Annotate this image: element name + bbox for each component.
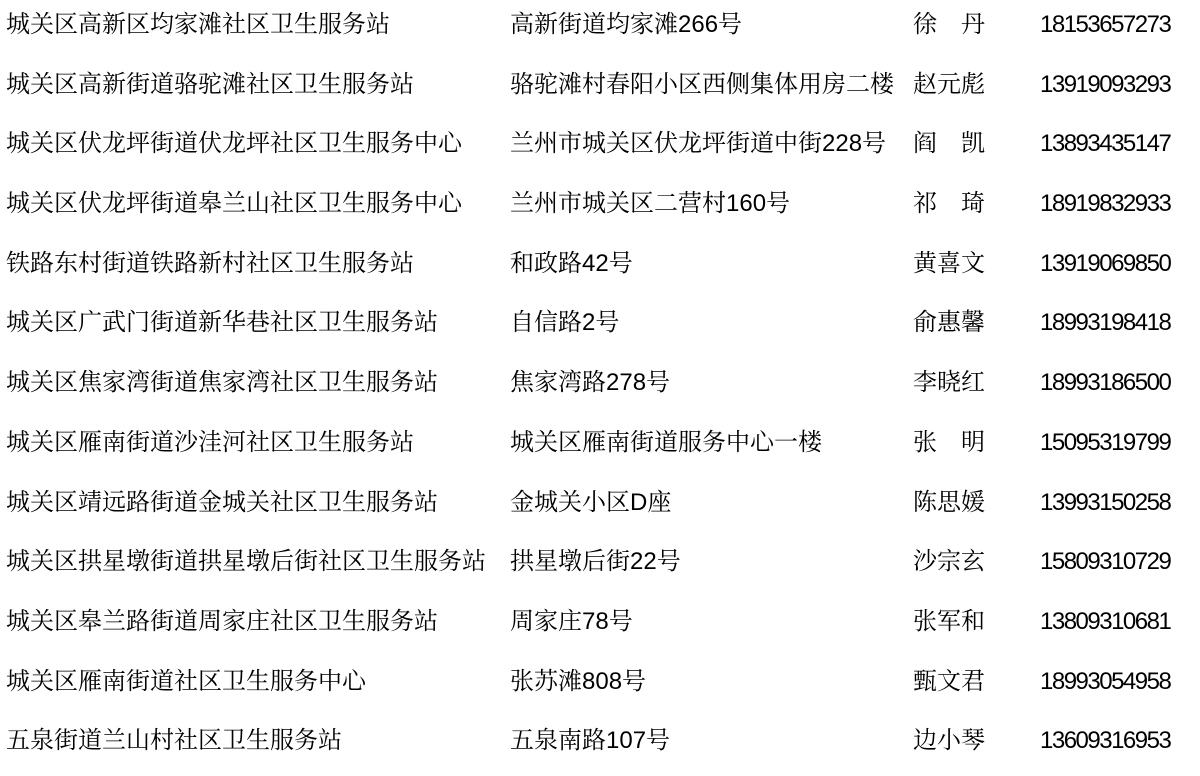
contact-name-cell: 甄文君 [913, 657, 1040, 695]
contact-name-cell: 张 明 [913, 418, 1040, 456]
address-cell: 张苏滩808号 [510, 657, 913, 695]
table-row: 城关区焦家湾街道焦家湾社区卫生服务站 焦家湾路278号 李晓红 18993186… [0, 358, 1200, 418]
facility-name-cell: 城关区伏龙坪街道皋兰山社区卫生服务中心 [6, 179, 510, 217]
facility-name-cell: 城关区焦家湾街道焦家湾社区卫生服务站 [6, 358, 510, 396]
contact-name-cell: 边小琴 [913, 716, 1040, 754]
phone-cell: 13609316953 [1040, 716, 1200, 754]
address-cell: 周家庄78号 [510, 597, 913, 635]
phone-cell: 13893435147 [1040, 119, 1200, 157]
table-row: 城关区广武门街道新华巷社区卫生服务站 自信路2号 俞惠馨 18993198418 [0, 298, 1200, 358]
table-row: 城关区雁南街道沙洼河社区卫生服务站 城关区雁南街道服务中心一楼 张 明 1509… [0, 418, 1200, 478]
address-cell: 焦家湾路278号 [510, 358, 913, 396]
table-row: 城关区靖远路街道金城关社区卫生服务站 金城关小区D座 陈思媛 139931502… [0, 478, 1200, 538]
contact-name-cell: 沙宗玄 [913, 537, 1040, 575]
facility-name-cell: 城关区伏龙坪街道伏龙坪社区卫生服务中心 [6, 119, 510, 157]
contact-name-cell: 赵元彪 [913, 60, 1040, 98]
facility-name-cell: 城关区雁南街道沙洼河社区卫生服务站 [6, 418, 510, 456]
facility-name-cell: 城关区高新区均家滩社区卫生服务站 [6, 0, 510, 38]
contact-name-cell: 陈思媛 [913, 478, 1040, 516]
facility-name-cell: 城关区高新街道骆驼滩社区卫生服务站 [6, 60, 510, 98]
address-cell: 兰州市城关区二营村160号 [510, 179, 913, 217]
address-cell: 骆驼滩村春阳小区西侧集体用房二楼 [510, 60, 913, 98]
address-cell: 自信路2号 [510, 298, 913, 336]
contact-name-cell: 张军和 [913, 597, 1040, 635]
table-row: 城关区高新街道骆驼滩社区卫生服务站 骆驼滩村春阳小区西侧集体用房二楼 赵元彪 1… [0, 60, 1200, 120]
address-cell: 和政路42号 [510, 239, 913, 277]
table-row: 城关区高新区均家滩社区卫生服务站 高新街道均家滩266号 徐 丹 1815365… [0, 0, 1200, 60]
phone-cell: 18993054958 [1040, 657, 1200, 695]
document-page: 城关区高新区均家滩社区卫生服务站 高新街道均家滩266号 徐 丹 1815365… [0, 0, 1200, 776]
facility-name-cell: 城关区拱星墩街道拱星墩后街社区卫生服务站 [6, 537, 510, 575]
contact-name-cell: 黄喜文 [913, 239, 1040, 277]
facility-name-cell: 五泉街道兰山村社区卫生服务站 [6, 716, 510, 754]
phone-cell: 15095319799 [1040, 418, 1200, 456]
facility-name-cell: 城关区雁南街道社区卫生服务中心 [6, 657, 510, 695]
table-row: 城关区伏龙坪街道伏龙坪社区卫生服务中心 兰州市城关区伏龙坪街道中街228号 阎 … [0, 119, 1200, 179]
facility-name-cell: 城关区皋兰路街道周家庄社区卫生服务站 [6, 597, 510, 635]
address-cell: 高新街道均家滩266号 [510, 0, 913, 38]
phone-cell: 13919093293 [1040, 60, 1200, 98]
phone-cell: 13919069850 [1040, 239, 1200, 277]
contact-name-cell: 俞惠馨 [913, 298, 1040, 336]
facility-name-cell: 铁路东村街道铁路新村社区卫生服务站 [6, 239, 510, 277]
phone-cell: 15809310729 [1040, 537, 1200, 575]
contact-name-cell: 李晓红 [913, 358, 1040, 396]
phone-cell: 18993198418 [1040, 298, 1200, 336]
phone-cell: 18919832933 [1040, 179, 1200, 217]
table-row: 城关区雁南街道社区卫生服务中心 张苏滩808号 甄文君 18993054958 [0, 657, 1200, 717]
address-cell: 城关区雁南街道服务中心一楼 [510, 418, 913, 456]
phone-cell: 18993186500 [1040, 358, 1200, 396]
facility-name-cell: 城关区靖远路街道金城关社区卫生服务站 [6, 478, 510, 516]
table-row: 城关区皋兰路街道周家庄社区卫生服务站 周家庄78号 张军和 1380931068… [0, 597, 1200, 657]
address-cell: 金城关小区D座 [510, 478, 913, 516]
address-cell: 拱星墩后街22号 [510, 537, 913, 575]
address-cell: 兰州市城关区伏龙坪街道中街228号 [510, 119, 913, 157]
contact-name-cell: 阎 凯 [913, 119, 1040, 157]
table-row: 城关区拱星墩街道拱星墩后街社区卫生服务站 拱星墩后街22号 沙宗玄 158093… [0, 537, 1200, 597]
table-row: 五泉街道兰山村社区卫生服务站 五泉南路107号 边小琴 13609316953 [0, 716, 1200, 776]
contact-name-cell: 祁 琦 [913, 179, 1040, 217]
phone-cell: 13993150258 [1040, 478, 1200, 516]
table-row: 城关区伏龙坪街道皋兰山社区卫生服务中心 兰州市城关区二营村160号 祁 琦 18… [0, 179, 1200, 239]
health-station-contact-table: 城关区高新区均家滩社区卫生服务站 高新街道均家滩266号 徐 丹 1815365… [0, 0, 1200, 776]
table-row: 铁路东村街道铁路新村社区卫生服务站 和政路42号 黄喜文 13919069850 [0, 239, 1200, 299]
phone-cell: 13809310681 [1040, 597, 1200, 635]
facility-name-cell: 城关区广武门街道新华巷社区卫生服务站 [6, 298, 510, 336]
phone-cell: 18153657273 [1040, 0, 1200, 38]
address-cell: 五泉南路107号 [510, 716, 913, 754]
contact-name-cell: 徐 丹 [913, 0, 1040, 38]
